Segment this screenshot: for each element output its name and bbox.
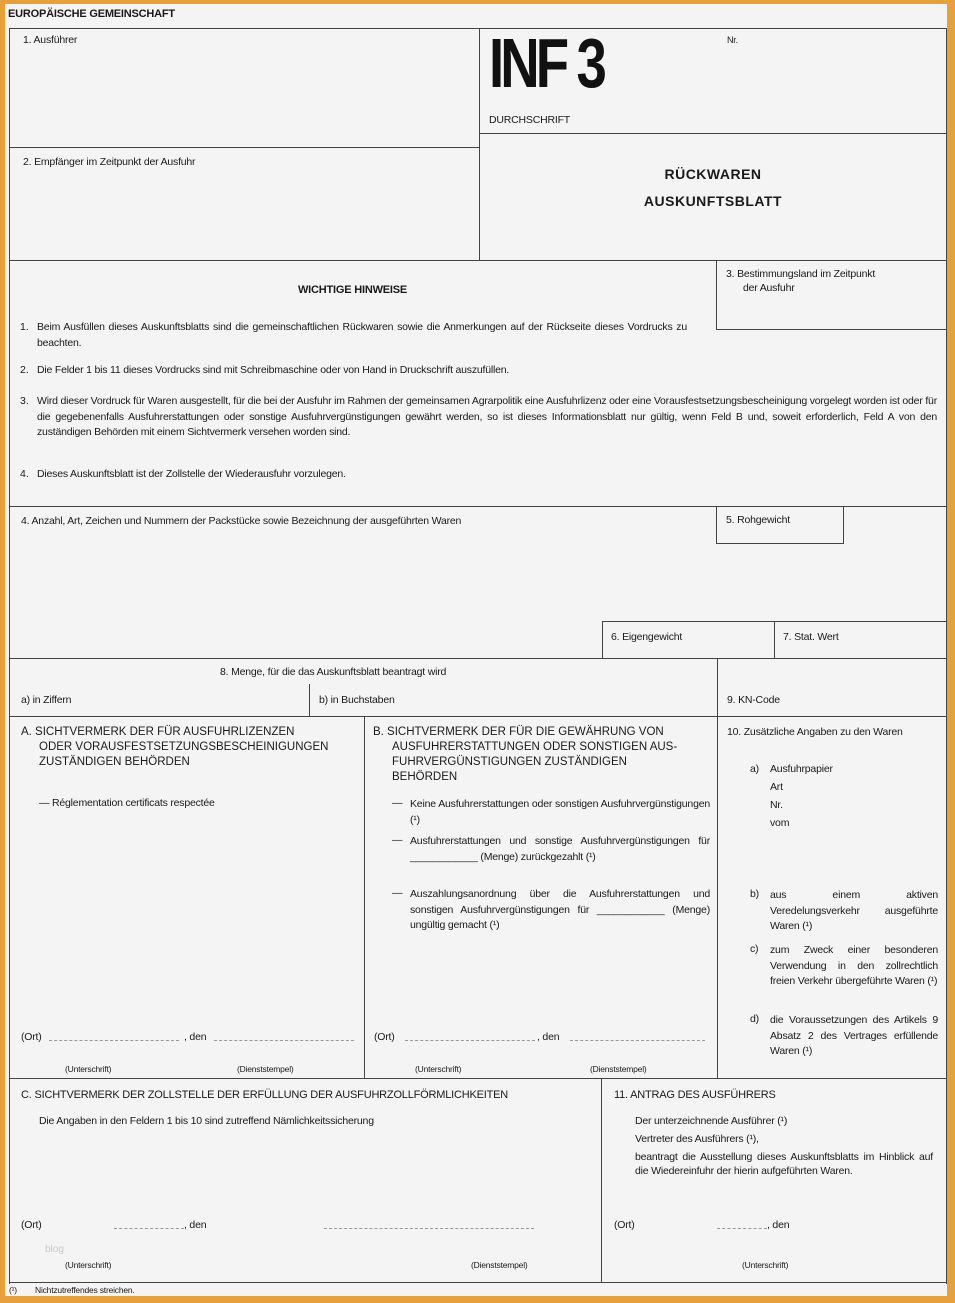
section-c-customs-endorsement[interactable]: C. SICHTVERMERK DER ZOLLSTELLE DER ERFÜL… bbox=[9, 1079, 601, 1282]
note-3-text: Wird dieser Vordruck für Waren ausgestel… bbox=[37, 394, 937, 441]
section-11-signature: (Unterschrift) bbox=[742, 1259, 788, 1272]
section-10-d-text: die Voraussetzungen des Artikels 9 Absat… bbox=[770, 1013, 938, 1060]
field-8a-in-figures[interactable]: a) in Ziffern bbox=[9, 684, 309, 716]
section-b-item-1: Keine Ausfuhrerstattungen oder sonstigen… bbox=[410, 797, 710, 828]
field-1-exporter[interactable]: 1. Ausführer bbox=[9, 28, 479, 148]
section-10-a-type: Art bbox=[770, 781, 783, 794]
section-a-item: — Réglementation certificats respectée bbox=[39, 797, 215, 810]
section-b-stamp: (Dienststempel) bbox=[590, 1063, 647, 1076]
field-2-consignee[interactable]: 2. Empfänger im Zeitpunkt der Ausfuhr bbox=[9, 148, 479, 260]
section-11-text: beantragt die Ausstellung dieses Auskunf… bbox=[635, 1150, 933, 1178]
section-b-date: , den bbox=[537, 1031, 559, 1044]
section-10-a-label: a) bbox=[750, 763, 759, 776]
field-2-label: 2. Empfänger im Zeitpunkt der Ausfuhr bbox=[23, 156, 195, 169]
date-line bbox=[214, 1040, 354, 1041]
section-b-item-3: Auszahlungsanordnung über die Ausfuhrers… bbox=[410, 887, 710, 934]
footnote-mark: (¹) bbox=[9, 1284, 17, 1297]
field-8b-label: b) in Buchstaben bbox=[319, 694, 395, 707]
section-11-place: (Ort) bbox=[614, 1219, 635, 1232]
section-c-stamp: (Dienststempel) bbox=[471, 1259, 528, 1272]
place-line bbox=[49, 1040, 179, 1041]
place-line bbox=[717, 1228, 767, 1229]
place-line bbox=[405, 1040, 535, 1041]
divider bbox=[479, 133, 947, 134]
field-3-destination[interactable]: 3. Bestimmungsland im Zeitpunkt der Ausf… bbox=[716, 260, 947, 330]
section-11-date: , den bbox=[767, 1219, 789, 1232]
section-10-heading: 10. Zusätzliche Angaben zu den Waren bbox=[727, 725, 927, 741]
section-b-heading-4: BEHÖRDEN bbox=[392, 770, 457, 785]
section-10-a-no: Nr. bbox=[770, 799, 783, 812]
dash: — bbox=[392, 834, 402, 847]
section-a-stamp: (Dienststempel) bbox=[237, 1063, 294, 1076]
section-10-b-text: aus einem aktiven Veredelungsverkehr aus… bbox=[770, 888, 938, 935]
field-4-label: 4. Anzahl, Art, Zeichen und Nummern der … bbox=[21, 515, 461, 528]
community-label: EUROPÄISCHE GEMEINSCHAFT bbox=[8, 8, 175, 21]
section-a-heading-2: ODER VORAUSFESTSETZUNGSBESCHEINIGUNGEN bbox=[39, 740, 328, 755]
section-a-date: , den bbox=[184, 1031, 206, 1044]
note-4-number: 4. bbox=[20, 467, 29, 482]
section-b-heading-3: FUHRVERGÜNSTIGUNGEN ZUSTÄNDIGEN bbox=[392, 755, 627, 770]
note-3-number: 3. bbox=[20, 394, 29, 409]
field-3-label-line2: der Ausfuhr bbox=[743, 282, 795, 295]
section-b-item-2: Ausfuhrerstattungen und sonstige Ausfuhr… bbox=[410, 834, 710, 865]
section-a-heading-1: A. SICHTVERMERK DER FÜR AUSFUHRLIZENZEN bbox=[21, 725, 294, 740]
section-c-signature: (Unterschrift) bbox=[65, 1259, 111, 1272]
section-c-text: Die Angaben in den Feldern 1 bis 10 sind… bbox=[39, 1115, 374, 1128]
section-10-additional-info[interactable]: 10. Zusätzliche Angaben zu den Waren a) … bbox=[718, 717, 946, 1077]
note-4-text: Dieses Auskunftsblatt ist der Zollstelle… bbox=[37, 467, 837, 483]
section-11-line1: Der unterzeichnende Ausführer (¹) bbox=[635, 1115, 787, 1128]
field-8b-in-words[interactable]: b) in Buchstaben bbox=[310, 684, 717, 716]
field-9-label: 9. KN-Code bbox=[727, 694, 780, 707]
section-a-signature: (Unterschrift) bbox=[65, 1063, 111, 1076]
section-a-heading-3: ZUSTÄNDIGEN BEHÖRDEN bbox=[39, 755, 190, 770]
section-b-place: (Ort) bbox=[374, 1031, 395, 1044]
field-3-label-line1: 3. Bestimmungsland im Zeitpunkt bbox=[726, 268, 875, 281]
divider bbox=[9, 1282, 947, 1283]
form-code: INF 3 bbox=[489, 28, 603, 98]
section-b-refund-authority-endorsement[interactable]: B. SICHTVERMERK DER FÜR DIE GEWÄHRUNG VO… bbox=[365, 717, 717, 1077]
form-title-line2: AUSKUNFTSBLATT bbox=[479, 193, 947, 209]
section-c-date: , den bbox=[184, 1219, 206, 1232]
field-7-label: 7. Stat. Wert bbox=[783, 631, 839, 644]
inf3-form-sheet: EUROPÄISCHE GEMEINSCHAFT 1. Ausführer 2.… bbox=[5, 4, 947, 1296]
note-1-text: Beim Ausfüllen dieses Auskunftsblatts si… bbox=[37, 320, 687, 351]
section-10-a-date: vom bbox=[770, 817, 789, 830]
place-line bbox=[114, 1228, 184, 1229]
section-b-heading-1: B. SICHTVERMERK DER FÜR DIE GEWÄHRUNG VO… bbox=[373, 725, 664, 740]
section-10-c-label: c) bbox=[750, 943, 758, 956]
field-6-label: 6. Eigengewicht bbox=[611, 631, 682, 644]
field-6-net-weight[interactable]: 6. Eigengewicht bbox=[602, 621, 775, 658]
field-8-label: 8. Menge, für die das Auskunftsblatt bea… bbox=[220, 666, 446, 679]
section-11-line2: Vertreter des Ausführers (¹), bbox=[635, 1133, 759, 1146]
section-10-d-label: d) bbox=[750, 1013, 759, 1026]
section-11-exporter-request[interactable]: 11. ANTRAG DES AUSFÜHRERS Der unterzeich… bbox=[602, 1079, 946, 1282]
watermark: blog bbox=[45, 1244, 64, 1255]
divider bbox=[479, 28, 480, 260]
note-1-number: 1. bbox=[20, 320, 29, 335]
note-2-number: 2. bbox=[20, 363, 29, 378]
section-b-heading-2: AUSFUHRERSTATTUNGEN ODER SONSTIGEN AUS- bbox=[392, 740, 677, 755]
notes-heading: WICHTIGE HINWEISE bbox=[298, 284, 407, 297]
section-11-heading: 11. ANTRAG DES AUSFÜHRERS bbox=[614, 1089, 776, 1102]
section-c-heading: C. SICHTVERMERK DER ZOLLSTELLE DER ERFÜL… bbox=[21, 1089, 508, 1102]
section-10-a-doc: Ausfuhrpapier bbox=[770, 763, 833, 776]
copy-label: DURCHSCHRIFT bbox=[489, 114, 570, 127]
section-c-place: (Ort) bbox=[21, 1219, 42, 1232]
dash: — bbox=[392, 797, 402, 810]
nr-label: Nr. bbox=[727, 34, 738, 47]
dash: — bbox=[392, 887, 402, 900]
note-2-text: Die Felder 1 bis 11 dieses Vordrucks sin… bbox=[37, 363, 837, 379]
section-b-signature: (Unterschrift) bbox=[415, 1063, 461, 1076]
field-5-gross-weight[interactable]: 5. Rohgewicht bbox=[716, 506, 844, 544]
footnote-text: Nichtzutreffendes streichen. bbox=[35, 1284, 135, 1297]
date-line bbox=[324, 1228, 534, 1229]
section-10-b-label: b) bbox=[750, 888, 759, 901]
field-8a-label: a) in Ziffern bbox=[21, 694, 71, 707]
field-5-label: 5. Rohgewicht bbox=[726, 514, 790, 527]
section-10-c-text: zum Zweck einer besonderen Verwendung in… bbox=[770, 943, 938, 990]
field-9-cn-code[interactable]: 9. KN-Code bbox=[718, 659, 946, 716]
field-1-label: 1. Ausführer bbox=[23, 34, 77, 47]
field-7-stat-value[interactable]: 7. Stat. Wert bbox=[775, 621, 947, 658]
section-a-place: (Ort) bbox=[21, 1031, 42, 1044]
form-title-line1: RÜCKWAREN bbox=[479, 166, 947, 182]
date-line bbox=[570, 1040, 705, 1041]
section-a-licence-authority-endorsement[interactable]: A. SICHTVERMERK DER FÜR AUSFUHRLIZENZEN … bbox=[9, 717, 364, 1077]
